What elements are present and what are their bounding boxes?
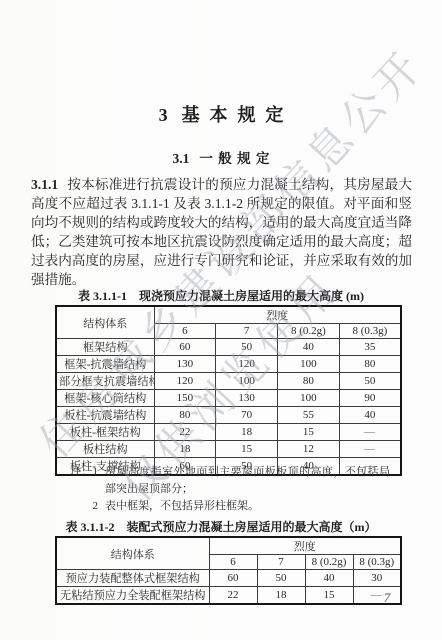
row-label: 板柱-框架结构 [56,424,154,441]
cell-value: 15 [278,424,340,441]
page-number: 7 [372,590,402,606]
cell-value: 22 [209,587,257,605]
cell-value: 130 [154,356,216,373]
cell-value: 60 [154,339,216,356]
table2-header-col-8-03g: 8 (0.3g) [353,555,401,570]
table2-header-col-8-02g: 8 (0.2g) [305,555,353,570]
chapter-title: 3基本规定 [0,101,442,127]
note-number: 注：1 [60,464,105,497]
clause-number: 3.1.1 [31,177,58,192]
cell-value: 30 [353,570,401,587]
cell-value: 15 [305,587,353,605]
cell-value: 80 [278,373,340,390]
table1-header-structure-system: 结构体系 [56,306,154,339]
table-row: 框架结构 60 50 40 35 [56,339,401,356]
cell-value: — [339,441,401,458]
cell-value: 18 [154,441,216,458]
chapter-number: 3 [159,105,168,125]
cell-value: — [339,424,401,441]
table-row: 框架-核心筒结构 150 130 100 90 [56,390,401,407]
table-row: 预应力装配整体式框架结构 60 50 40 30 [56,570,401,587]
cell-value: 40 [278,339,340,356]
note-item: 注：1 房屋高度指室外地面到主要屋面板板顶的高度，不包括局部突出屋顶部分； [60,464,390,497]
table1-header-col-8-02g: 8 (0.2g) [278,324,340,339]
cell-value: 130 [216,390,278,407]
section-number: 3.1 [172,151,189,166]
table-row: 板柱结构 18 15 12 — [56,441,401,458]
cell-value: 150 [154,390,216,407]
cell-value: 12 [278,441,340,458]
table2-header-col-6: 6 [209,555,257,570]
cell-value: 18 [257,587,305,605]
table2-header-intensity-group: 烈度 [209,537,401,555]
table-row: 部分框支抗震墙结构 120 100 80 50 [56,373,401,390]
table-precast-max-height: 结构体系 烈度 6 7 8 (0.2g) 8 (0.3g) 预应力装配整体式框架… [55,536,402,605]
cell-value: 100 [278,356,340,373]
cell-value: 40 [305,570,353,587]
table1-caption: 表 3.1.1-1 现浇预应力混凝土房屋适用的最大高度 (m) [0,287,442,304]
clause-text: 按本标准进行抗震设计的预应力混凝土结构，其房屋最大高度不应超过表 3.1.1-1… [31,177,412,287]
table-row: 框架-抗震墙结构 130 120 100 80 [56,356,401,373]
row-label: 框架-抗震墙结构 [56,356,154,373]
row-label: 板柱结构 [56,441,154,458]
row-label: 框架结构 [56,339,154,356]
cell-value: 15 [216,441,278,458]
cell-value: 120 [216,356,278,373]
cell-value: 35 [339,339,401,356]
table-row: 无粘结预应力全装配框架结构 22 18 15 — [56,587,401,605]
table-row: 板柱-框架结构 22 18 15 — [56,424,401,441]
row-label: 预应力装配整体式框架结构 [56,570,209,587]
note-item: 2 表中框架，不包括异形柱框架。 [60,498,390,515]
table2-header-structure-system: 结构体系 [56,537,209,570]
cell-value: 120 [154,373,216,390]
cell-value: 90 [339,390,401,407]
cell-value: 80 [339,356,401,373]
table-cast-in-place-max-height: 结构体系 烈度 6 7 8 (0.2g) 8 (0.3g) 框架结构 60 50… [55,305,402,476]
table2-header-col-7: 7 [257,555,305,570]
table-row: 板柱-抗震墙结构 80 70 55 40 [56,407,401,424]
cell-value: 50 [216,339,278,356]
document-page: 住房城乡建设部信息公开 仅供浏览使用 3基本规定 3.1一般规定 3.1.1按本… [0,0,442,640]
cell-value: 22 [154,424,216,441]
table2-caption: 表 3.1.1-2 装配式预应力混凝土房屋适用的最大高度（m） [0,518,442,535]
cell-value: 60 [209,570,257,587]
table1-header-col-7: 7 [216,324,278,339]
cell-value: 100 [278,390,340,407]
table1-header-intensity-group: 烈度 [154,306,401,324]
cell-value: 50 [257,570,305,587]
cell-value: 40 [339,407,401,424]
table1-header-col-8-03g: 8 (0.3g) [339,324,401,339]
row-label: 框架-核心筒结构 [56,390,154,407]
section-title: 3.1一般规定 [0,147,442,167]
cell-value: 80 [154,407,216,424]
row-label: 部分框支抗震墙结构 [56,373,154,390]
row-label: 无粘结预应力全装配框架结构 [56,587,209,605]
row-label: 板柱-抗震墙结构 [56,407,154,424]
cell-value: 18 [216,424,278,441]
cell-value: 50 [339,373,401,390]
table2-header-row-1: 结构体系 烈度 [56,537,401,555]
note-text: 房屋高度指室外地面到主要屋面板板顶的高度，不包括局部突出屋顶部分； [105,464,390,497]
note-text: 表中框架，不包括异形柱框架。 [105,498,390,515]
section-title-text: 一般规定 [199,151,275,166]
cell-value: 55 [278,407,340,424]
cell-value: 70 [216,407,278,424]
cell-value: 100 [216,373,278,390]
table1-header-row-1: 结构体系 烈度 [56,306,401,324]
clause-paragraph: 3.1.1按本标准进行抗震设计的预应力混凝土结构，其房屋最大高度不应超过表 3.… [31,175,412,289]
note-number: 2 [60,498,105,515]
table1-notes: 注：1 房屋高度指室外地面到主要屋面板板顶的高度，不包括局部突出屋顶部分； 2 … [60,464,390,515]
chapter-title-text: 基本规定 [182,105,294,125]
table1-header-col-6: 6 [154,324,216,339]
